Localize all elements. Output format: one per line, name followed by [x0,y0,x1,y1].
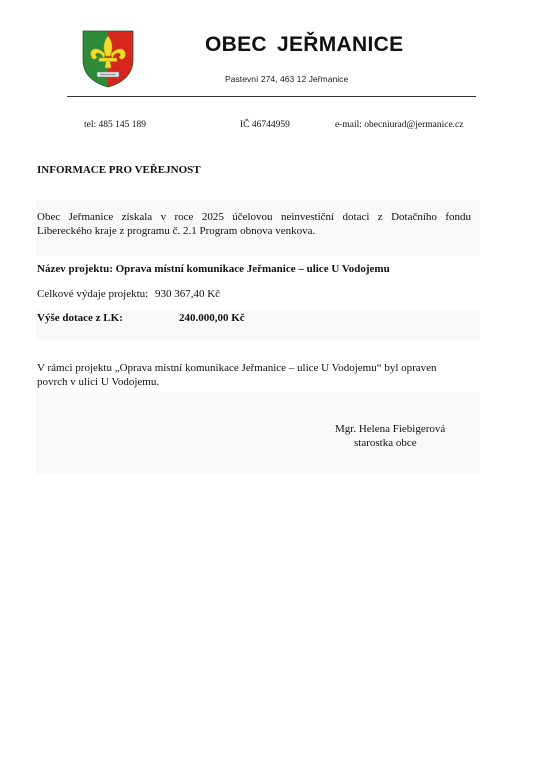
page-title: OBEC JEŘMANICE [205,33,403,57]
company-id: IČ 46744959 [240,120,290,130]
address: Pastevní 274, 463 12 Jeřmanice [225,74,348,84]
intro-line-2: Libereckého kraje z programu č. 2.1 Prog… [37,225,315,237]
intro-line-1: Obec Jeřmanice získala v roce 2025 účelo… [37,210,471,224]
subsidy-value: 240.000,00 Kč [179,312,245,324]
header-divider [67,96,476,97]
subsidy: Výše dotace z LK:240.000,00 Kč [37,312,245,324]
summary-line-1: V rámci projektu „Oprava místní komunika… [37,361,477,375]
signature-name: Mgr. Helena Fiebigerová [335,423,445,435]
intro-paragraph: Obec Jeřmanice získala v roce 2025 účelo… [37,210,471,238]
summary-line-2: povrch v ulici U Vodojemu. [37,375,477,389]
email: e-mail: obecniurad@jermanice.cz [335,120,464,130]
coat-of-arms-icon [82,30,134,88]
total-costs-label: Celkové výdaje projektu: [37,288,148,300]
project-name: Název projektu: Oprava místní komunikace… [37,263,390,275]
total-costs: Celkové výdaje projektu: 930 367,40 Kč [37,288,220,300]
signature-role: starostka obce [354,437,417,449]
total-costs-value: 930 367,40 Kč [155,288,220,300]
section-heading: INFORMACE PRO VEŘEJNOST [37,164,201,176]
summary-paragraph: V rámci projektu „Oprava místní komunika… [37,361,477,389]
phone: tel: 485 145 189 [84,120,146,130]
subsidy-label: Výše dotace z LK: [37,312,179,324]
